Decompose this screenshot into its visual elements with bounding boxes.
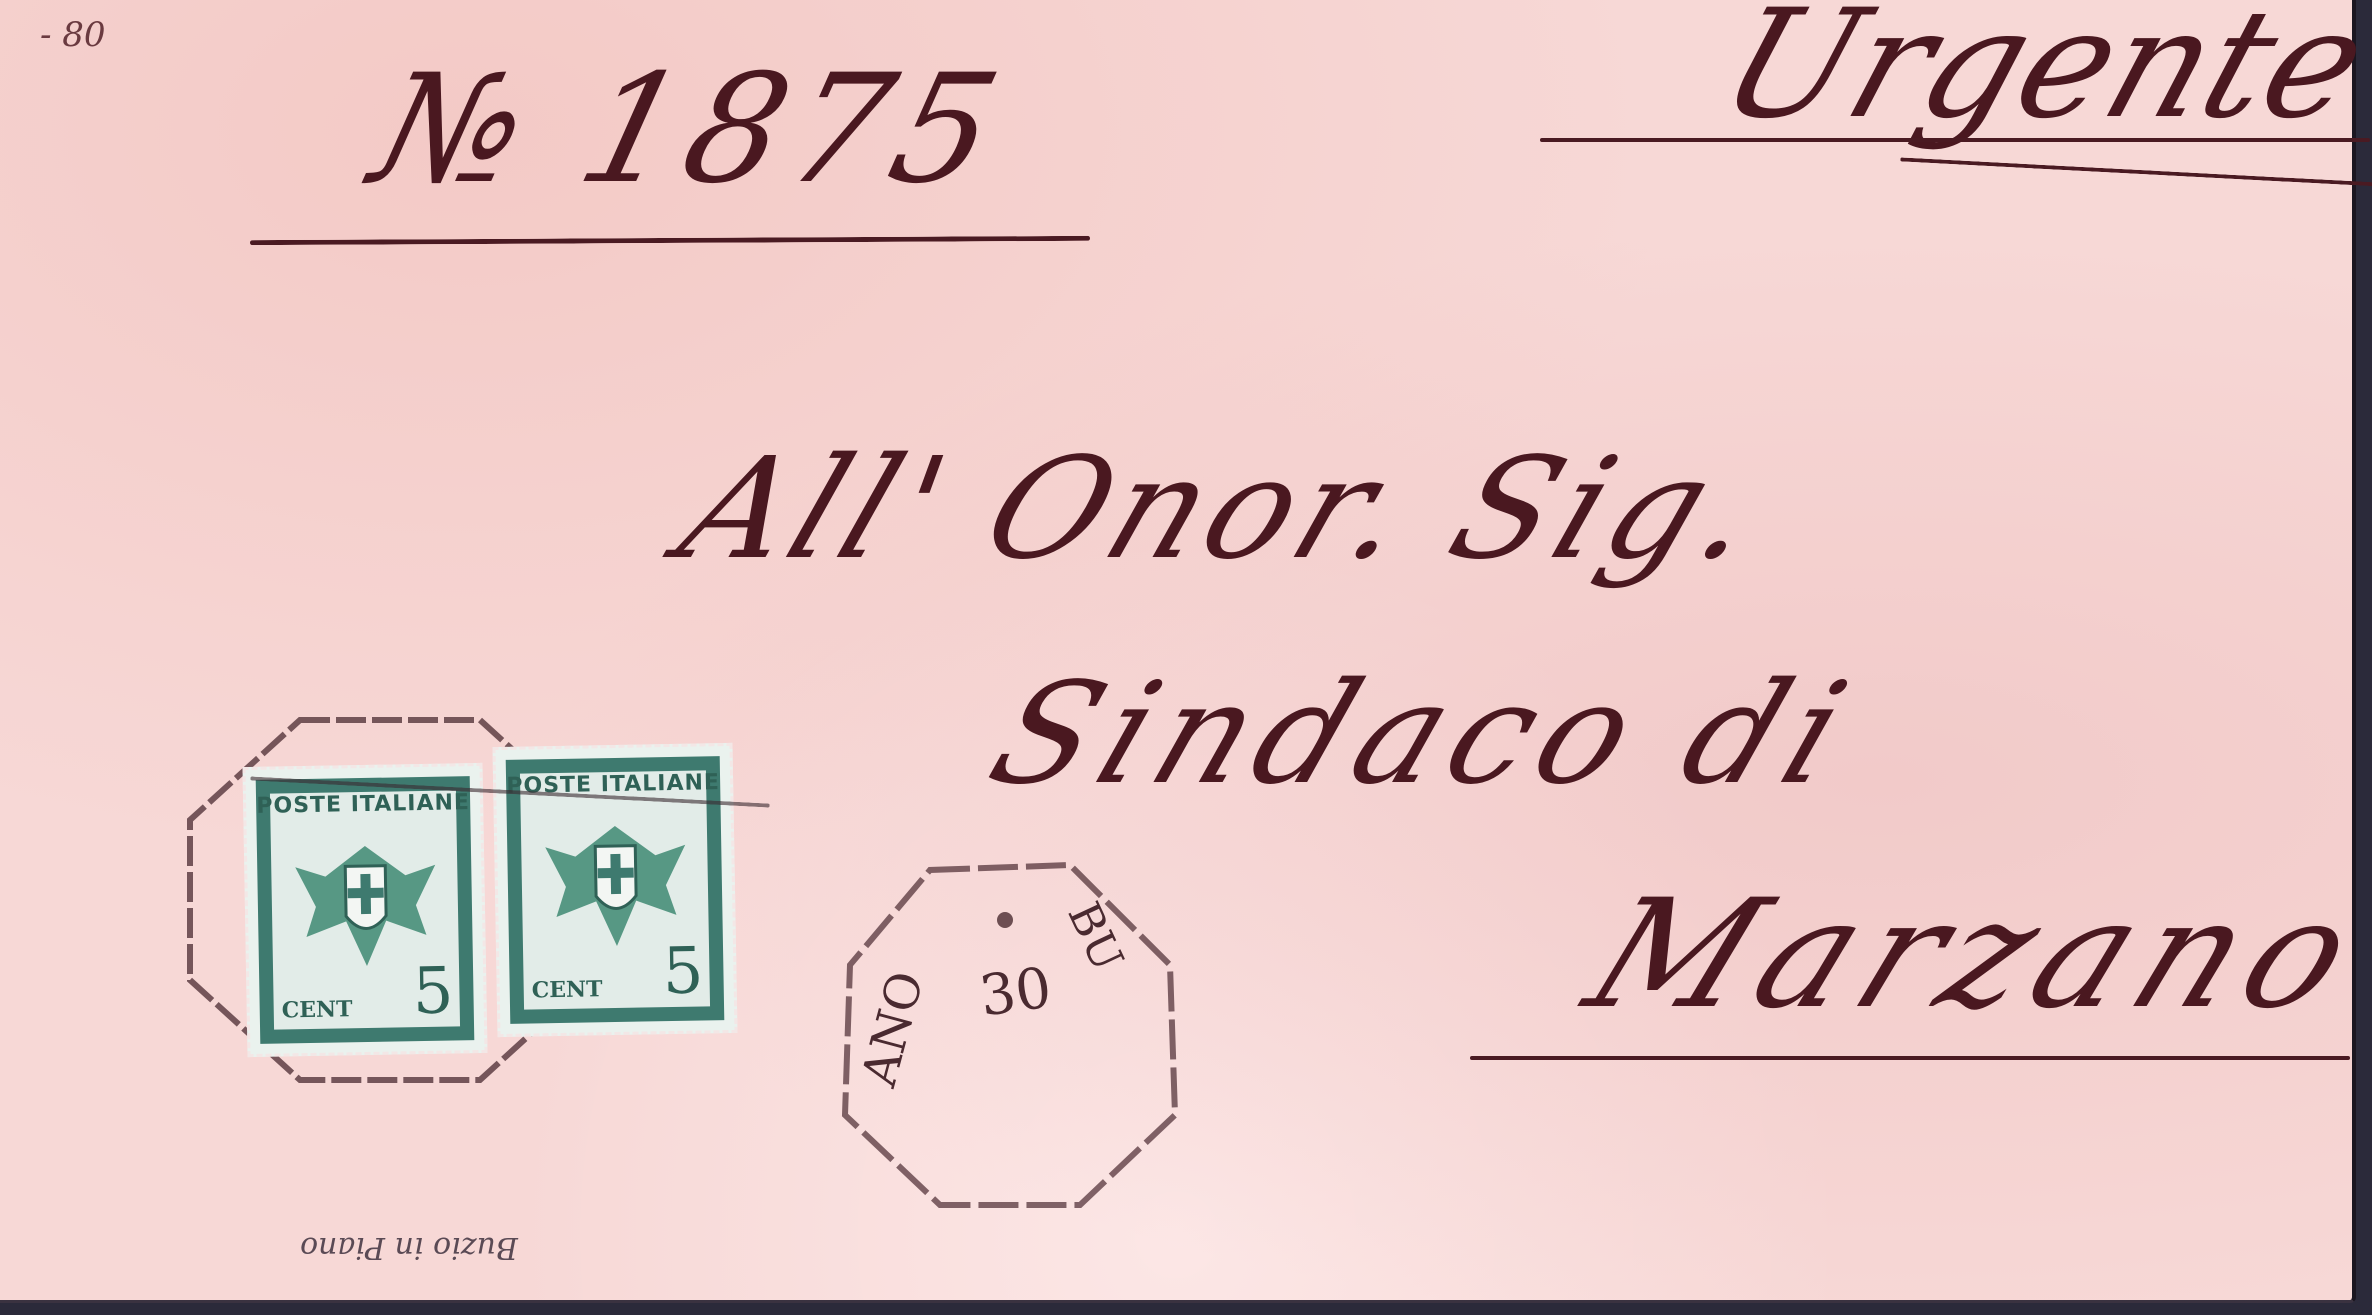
- priority-note: Urgente: [1706, 0, 2372, 140]
- postmark-day: 30: [976, 960, 1054, 1025]
- stamp-denomination: 5: [412, 954, 454, 1029]
- priority-underline: [1540, 138, 2370, 142]
- stamp-unit: CENT: [282, 996, 353, 1023]
- postmark-right: 30 ANO BU: [830, 855, 1180, 1215]
- address-line-3: Marzano: [1570, 880, 2372, 1030]
- address-line-2: Sindaco di: [975, 665, 1871, 805]
- address-line-1: All' Onor. Sig.: [665, 440, 1784, 580]
- stamp-unit: CENT: [532, 976, 603, 1003]
- reference-number: № 1875: [361, 55, 1018, 205]
- stamp-2: POSTE ITALIANE CENT 5: [492, 743, 737, 1037]
- corner-mark: - 80: [40, 18, 106, 52]
- envelope: - 80 № 1875 Urgente All' Onor. Sig. Sind…: [0, 0, 2356, 1303]
- stamp-denomination: 5: [662, 934, 704, 1009]
- address-underline: [1470, 1056, 2350, 1060]
- priority-underline-2: [1900, 157, 2372, 186]
- pencil-note: Buzio in Piano: [300, 1232, 518, 1262]
- reference-underline: [250, 236, 1090, 245]
- stamp-country: POSTE ITALIANE: [246, 790, 480, 819]
- stamp-1: POSTE ITALIANE CENT 5: [242, 763, 487, 1057]
